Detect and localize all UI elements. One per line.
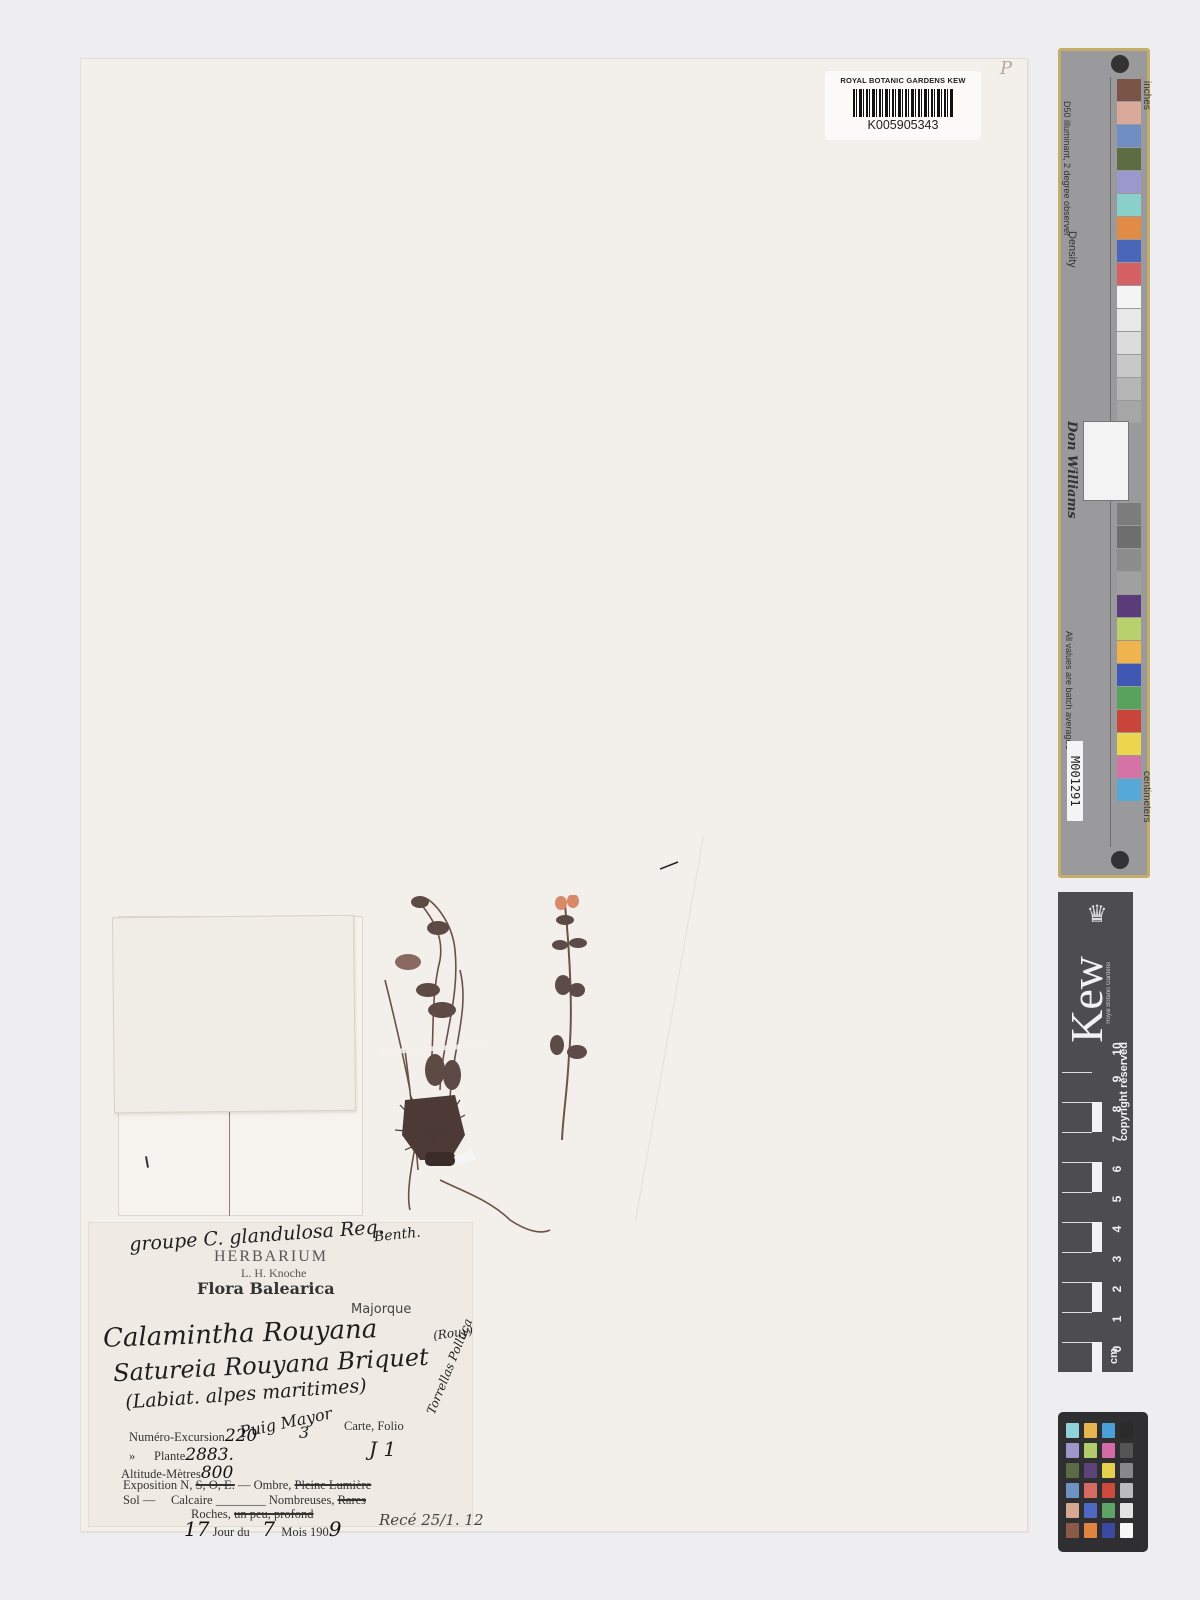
det-annotation-author: Benth. xyxy=(373,1225,421,1246)
cm-tick-label: 2 xyxy=(1110,1278,1124,1300)
color-swatch xyxy=(1120,1503,1133,1518)
carte-value: 3 xyxy=(299,1423,309,1442)
ruler-patch xyxy=(1117,401,1141,423)
color-swatch xyxy=(1120,1443,1133,1458)
royal-crest-icon: ♛ xyxy=(1080,900,1114,930)
cm-alt-bar xyxy=(1092,1342,1102,1372)
sheet-pencil-mark: P xyxy=(1000,58,1012,79)
cm-bar-cell xyxy=(1062,1162,1092,1192)
barcode-number: K005905343 xyxy=(825,118,981,132)
copyright-text: copyright reserved xyxy=(1118,1042,1130,1141)
day-value: 17 xyxy=(184,1517,209,1541)
received-note: Recé 25/1. 12 xyxy=(379,1511,484,1529)
ruler-patch xyxy=(1117,286,1141,308)
cm-bar-cell xyxy=(1062,1252,1092,1282)
ruler-patch xyxy=(1117,756,1141,778)
excursion-label: Numéro-Excursion xyxy=(129,1430,225,1444)
cm-alt-bar xyxy=(1092,1192,1102,1222)
kew-scale-bar: ♛ Royal Botanic Gardens Kew 012345678910… xyxy=(1058,892,1133,1372)
color-swatch xyxy=(1084,1503,1097,1518)
month-value: 7 xyxy=(262,1517,275,1541)
illuminant-note: D50 illuminant, 2 degree observer xyxy=(1062,101,1072,236)
cm-bar-cell xyxy=(1062,1312,1092,1342)
carte-label: Carte, Folio xyxy=(344,1419,404,1434)
values-note: All values are batch averaged xyxy=(1064,631,1074,750)
color-swatch xyxy=(1066,1503,1079,1518)
color-swatch xyxy=(1066,1443,1079,1458)
cm-alt-bar xyxy=(1092,1132,1102,1162)
plante-quote: » xyxy=(129,1449,135,1463)
ruler-patch xyxy=(1117,687,1141,709)
ruler-patch xyxy=(1117,641,1141,663)
herbarium-title: HERBARIUM xyxy=(214,1248,328,1266)
color-swatch xyxy=(1120,1523,1133,1538)
color-swatch xyxy=(1102,1523,1115,1538)
cm-bar-cell xyxy=(1062,1282,1092,1312)
kew-logo: Kew xyxy=(1064,956,1110,1043)
ruler-patch xyxy=(1117,710,1141,732)
day-label: Jour du xyxy=(213,1525,250,1539)
cm-bar-cell xyxy=(1062,1132,1092,1162)
ruler-brand: Don Williams xyxy=(1064,421,1079,519)
color-swatch xyxy=(1102,1483,1115,1498)
packet-fold xyxy=(229,1112,230,1216)
exposition-label: Exposition N, xyxy=(123,1478,192,1492)
pencil-stroke xyxy=(660,860,680,870)
mounting-strap xyxy=(454,1150,476,1166)
ruler-patch xyxy=(1117,263,1141,285)
barcode-label: ROYAL BOTANIC GARDENS KEW K005905343 xyxy=(825,71,981,140)
excursion-value: 220 xyxy=(225,1426,257,1446)
barcode-icon xyxy=(853,89,953,117)
cm-alt-bar xyxy=(1092,1162,1102,1192)
sol-field: Sol — Calcaire ________ Nombreuses, Rare… xyxy=(123,1493,366,1508)
exposition-rest: — Ombre, xyxy=(238,1478,291,1492)
ruler-patch xyxy=(1117,526,1141,548)
cm-unit: cm xyxy=(1108,1348,1120,1364)
ruler-patch xyxy=(1117,355,1141,377)
ruler-patch xyxy=(1117,618,1141,640)
color-swatch xyxy=(1066,1423,1079,1438)
ruler-patch xyxy=(1117,378,1141,400)
ruler-patch xyxy=(1117,733,1141,755)
cm-scale-bars xyxy=(1062,1042,1102,1352)
barcode-institution: ROYAL BOTANIC GARDENS KEW xyxy=(825,76,981,85)
ruler-hole-bottom xyxy=(1111,851,1129,869)
folio-value: J 1 xyxy=(369,1437,396,1461)
fragment-packet xyxy=(113,916,363,1216)
color-ruler: D50 illuminant, 2 degree observer Densit… xyxy=(1058,48,1150,878)
ruler-hole-top xyxy=(1111,55,1129,73)
cm-alt-bar xyxy=(1092,1252,1102,1282)
plante-field: » Plante2883. xyxy=(129,1445,234,1465)
density-label: Density xyxy=(1066,231,1078,268)
sol-abundance: Nombreuses, xyxy=(269,1493,335,1507)
cm-alt-bar xyxy=(1092,1072,1102,1102)
color-swatch xyxy=(1066,1523,1079,1538)
collection-label: groupe C. glandulosa Req. Benth. HERBARI… xyxy=(88,1222,473,1527)
exposition-struck: S, O, E. xyxy=(196,1478,235,1492)
ruler-patch xyxy=(1117,125,1141,147)
cm-bar-cell xyxy=(1062,1072,1092,1102)
color-swatch xyxy=(1102,1503,1115,1518)
cm-tick-label: 1 xyxy=(1110,1308,1124,1330)
color-swatch xyxy=(1084,1523,1097,1538)
ruler-patch xyxy=(1117,572,1141,594)
ruler-patch xyxy=(1117,664,1141,686)
cm-bar-cell xyxy=(1062,1102,1092,1132)
excursion-field: Numéro-Excursion220 xyxy=(129,1426,257,1446)
ruler-patch xyxy=(1117,309,1141,331)
ruler-patch xyxy=(1117,549,1141,571)
cm-bar-cell xyxy=(1062,1342,1092,1372)
ruler-id: M001291 xyxy=(1067,741,1083,821)
month-label: Mois 190 xyxy=(281,1525,329,1539)
cm-bar-cell xyxy=(1062,1222,1092,1252)
cm-tick-label: 5 xyxy=(1110,1188,1124,1210)
color-swatch xyxy=(1066,1483,1079,1498)
cm-tick-label: 4 xyxy=(1110,1218,1124,1240)
cm-alt-bar xyxy=(1092,1282,1102,1312)
plante-label: Plante xyxy=(154,1449,185,1463)
cm-alt-bar xyxy=(1092,1222,1102,1252)
color-swatch xyxy=(1120,1423,1133,1438)
ruler-patch xyxy=(1117,503,1141,525)
cm-tick-label: 3 xyxy=(1110,1248,1124,1270)
sol-value: Calcaire xyxy=(171,1493,213,1507)
ruler-patch xyxy=(1117,240,1141,262)
ruler-patch xyxy=(1117,332,1141,354)
color-swatch xyxy=(1084,1483,1097,1498)
color-swatch xyxy=(1120,1463,1133,1478)
cm-bar-cell xyxy=(1062,1192,1092,1222)
plante-value: 2883. xyxy=(185,1445,234,1465)
ruler-patch xyxy=(1117,102,1141,124)
ruler-patch xyxy=(1117,779,1141,801)
color-swatch xyxy=(1084,1463,1097,1478)
cm-tick-label: 6 xyxy=(1110,1158,1124,1180)
cm-alt-bar xyxy=(1092,1312,1102,1342)
sol-struck: Rares xyxy=(338,1493,366,1507)
ruler-patch xyxy=(1117,217,1141,239)
ruler-patch xyxy=(1117,148,1141,170)
plant-specimen-erect xyxy=(545,895,615,1145)
cm-alt-bar xyxy=(1092,1102,1102,1132)
color-swatch xyxy=(1066,1463,1079,1478)
ruler-gauge xyxy=(1083,421,1129,501)
centimeters-label: centimeters xyxy=(1141,771,1152,823)
year-digit: 9 xyxy=(329,1517,342,1541)
ruler-patch xyxy=(1117,171,1141,193)
color-swatch xyxy=(1084,1423,1097,1438)
packet-flap xyxy=(112,915,356,1114)
ruler-patch xyxy=(1117,79,1141,101)
exposition-struck-2: Pleine Lumière xyxy=(295,1478,372,1492)
color-swatch xyxy=(1102,1463,1115,1478)
color-swatch xyxy=(1102,1423,1115,1438)
color-swatch xyxy=(1102,1443,1115,1458)
date-field: 17 Jour du 7 Mois 1909 xyxy=(184,1517,342,1541)
ruler-patch xyxy=(1117,595,1141,617)
inches-label: inches xyxy=(1141,81,1152,110)
sol-label: Sol — xyxy=(123,1493,155,1507)
color-swatch xyxy=(1120,1483,1133,1498)
flora-title: Flora Balearica xyxy=(197,1279,335,1298)
color-swatch xyxy=(1084,1443,1097,1458)
exposition-field: Exposition N, S, O, E. — Ombre, Pleine L… xyxy=(123,1478,371,1493)
color-checker-card xyxy=(1058,1412,1148,1552)
ruler-patch xyxy=(1117,194,1141,216)
